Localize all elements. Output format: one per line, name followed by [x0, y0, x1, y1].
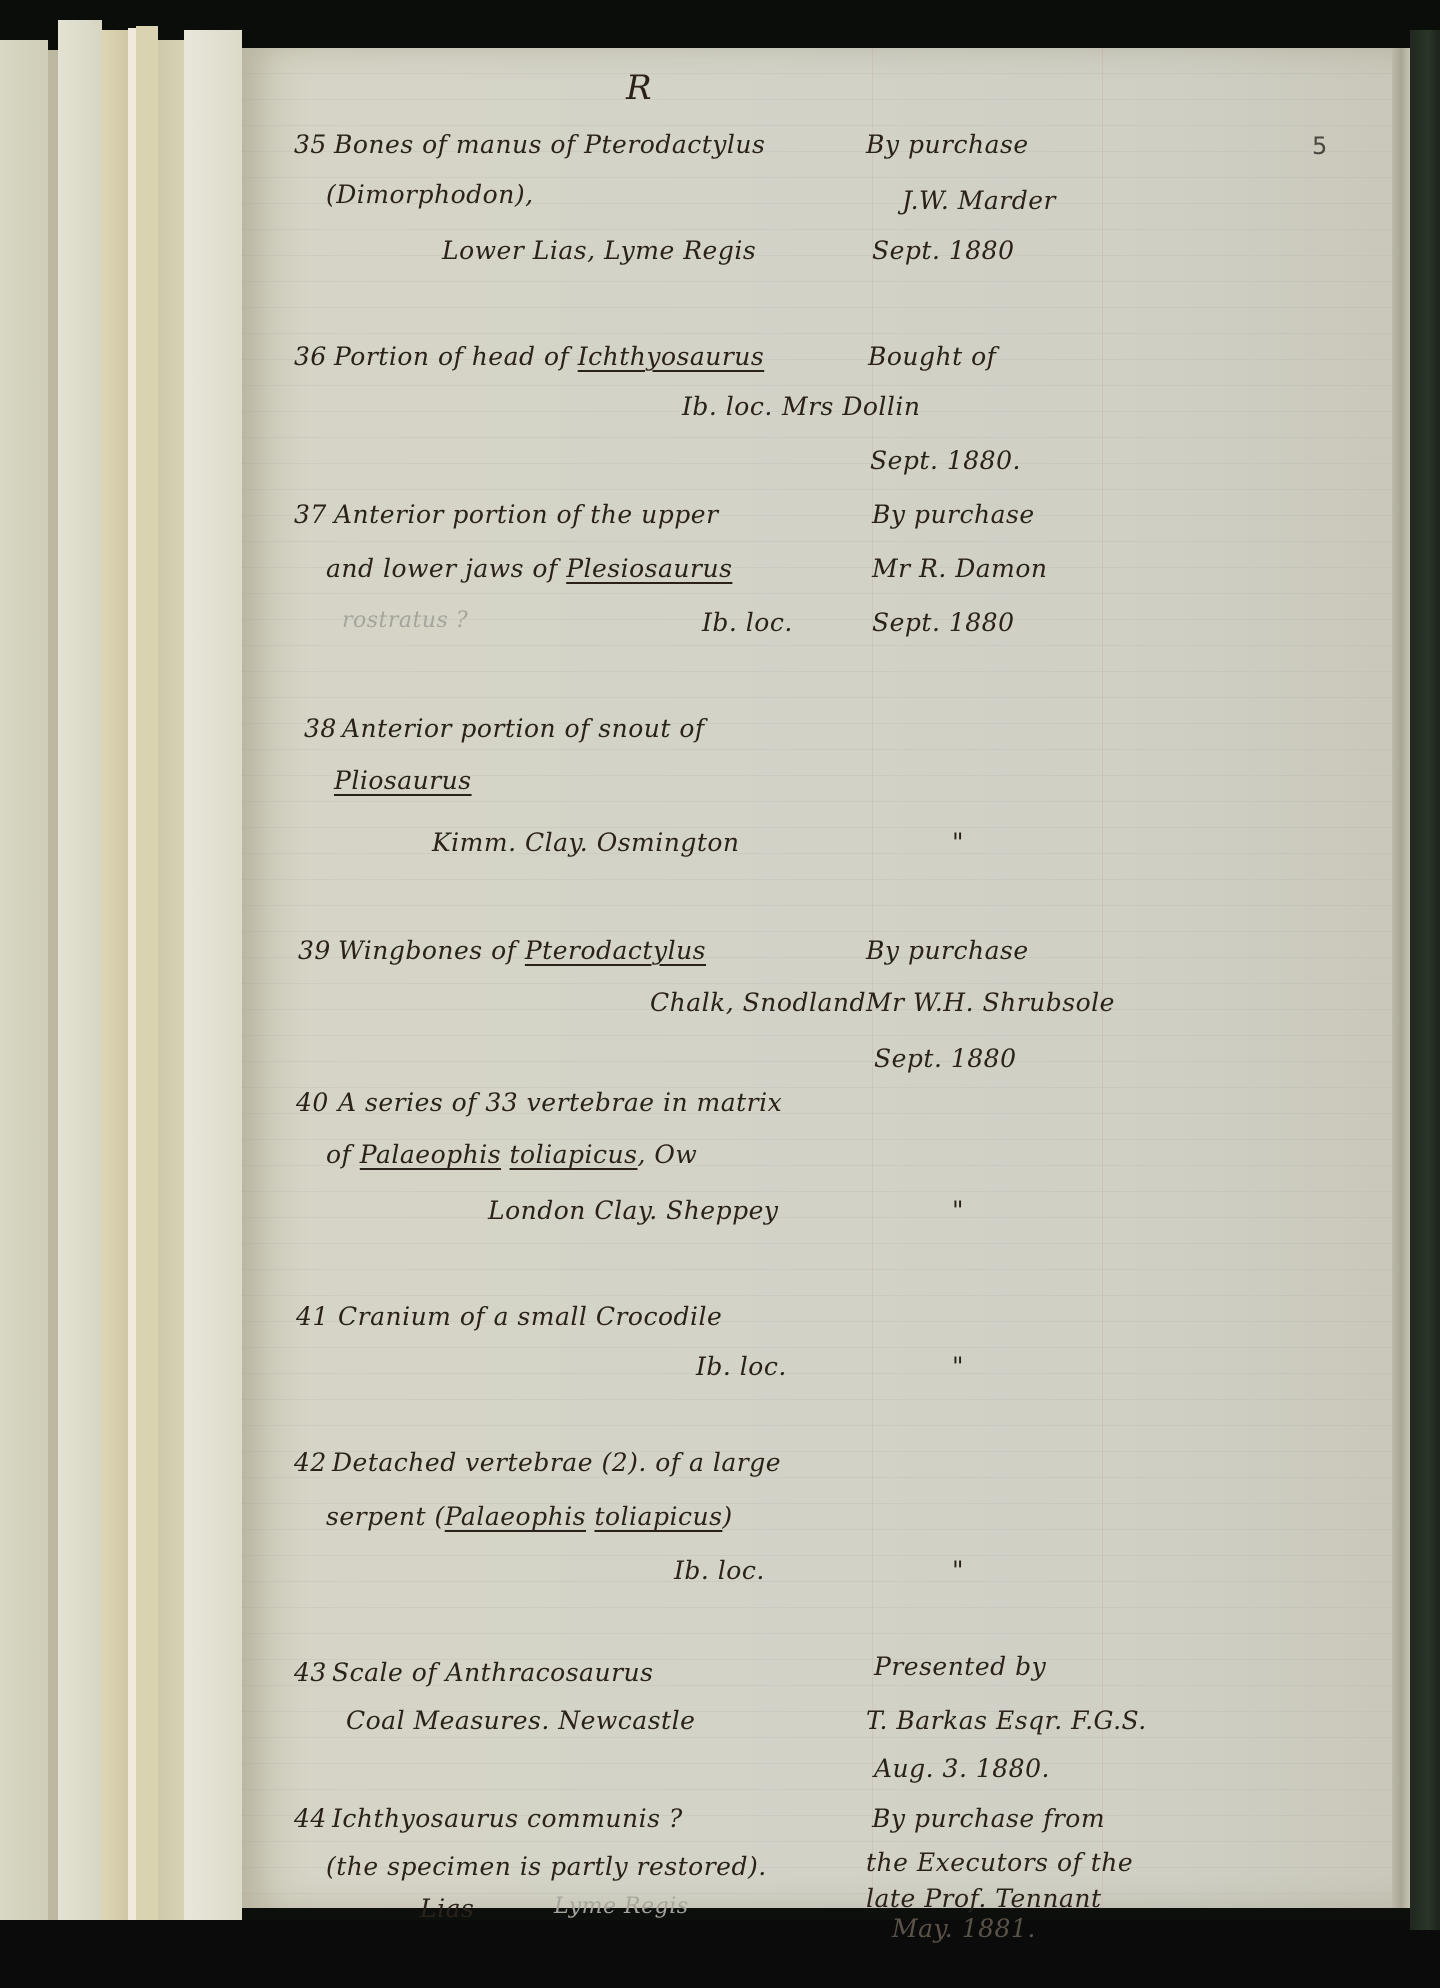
folio-number: 5 [1312, 132, 1327, 160]
entry-description: of Palaeophis toliapicus, Ow [326, 1140, 697, 1169]
pencil-note: rostratus ? [342, 608, 468, 633]
entry-acquisition: By purchase [866, 936, 1029, 965]
entry-date: Aug. 3. 1880. [874, 1754, 1050, 1783]
entry-locality: Ib. loc. [682, 392, 773, 421]
entry-acquisition: By purchase [866, 130, 1029, 159]
entry-acquisition: By purchase from [872, 1804, 1105, 1833]
entry-date: Sept. 1880 [874, 1044, 1017, 1073]
entry-locality: Lias [420, 1894, 474, 1923]
entry-acquisition: By purchase [872, 500, 1035, 529]
entry-date: Sept. 1880 [872, 608, 1015, 637]
entry-number: 39 [298, 936, 331, 965]
page-leaf [58, 20, 102, 1920]
entry-locality: London Clay. Sheppey [488, 1196, 779, 1225]
entry-date: Sept. 1880 [872, 236, 1015, 265]
entry-date: May. 1881. [892, 1914, 1036, 1943]
entry-number: 40 [296, 1088, 329, 1117]
entry-number: 36 [294, 342, 327, 371]
page-leaf [184, 30, 242, 1920]
ditto-mark: " [952, 1196, 964, 1225]
entry-acquisition: Bought of [868, 342, 996, 371]
entry-number: 38 [304, 714, 337, 743]
section-letter: R [626, 68, 652, 108]
page-leaf [136, 26, 158, 1920]
entry-source: Mrs Dollin [782, 392, 921, 421]
entry-description: Anterior portion of the upper [334, 500, 719, 529]
entry-description: Detached vertebrae (2). of a large [332, 1448, 781, 1477]
page-leaf [0, 40, 48, 1920]
entry-number: 43 [294, 1658, 327, 1687]
entry-description: Scale of Anthracosaurus [332, 1658, 653, 1687]
entry-description: Anterior portion of snout of [342, 714, 705, 743]
entry-number: 41 [296, 1302, 329, 1331]
entry-description: (Dimorphodon), [326, 180, 534, 209]
fanned-page-stack [0, 40, 250, 1920]
entry-source: Mr W.H. Shrubsole [866, 988, 1115, 1017]
column-rule [1102, 48, 1103, 1908]
entry-description: Cranium of a small Crocodile [338, 1302, 722, 1331]
entry-genus: Pliosaurus [334, 766, 472, 795]
entry-source: J.W. Marder [902, 186, 1056, 215]
entry-description: A series of 33 vertebrae in matrix [338, 1088, 782, 1117]
entry-description: serpent (Palaeophis toliapicus) [326, 1502, 733, 1531]
background-bottom [0, 1920, 1440, 1988]
entry-locality: Coal Measures. Newcastle [346, 1706, 695, 1735]
entry-description: and lower jaws of Plesiosaurus [326, 554, 732, 583]
entry-description: (the specimen is partly restored). [326, 1852, 767, 1881]
entry-source: Mr R. Damon [872, 554, 1048, 583]
page-leaf [128, 28, 136, 1920]
pencil-note: Lyme Regis [554, 1894, 689, 1919]
entry-locality: Chalk, Snodland [650, 988, 866, 1017]
entry-locality: Kimm. Clay. Osmington [432, 828, 740, 857]
entry-description: Bones of manus of Pterodactylus [334, 130, 765, 159]
entry-source: the Executors of the [866, 1848, 1133, 1877]
ledger-page: R 5 35 Bones of manus of Pterodactylus (… [242, 48, 1410, 1908]
page-leaf [102, 30, 128, 1920]
ditto-mark: " [952, 828, 964, 857]
ditto-mark: " [952, 1556, 964, 1585]
entry-locality: Ib. loc. [674, 1556, 765, 1585]
entry-date: Sept. 1880. [870, 446, 1021, 475]
entry-description: Wingbones of Pterodactylus [338, 936, 706, 965]
entry-locality: Ib. loc. [696, 1352, 787, 1381]
entry-number: 37 [294, 500, 327, 529]
entry-source: T. Barkas Esqr. F.G.S. [866, 1706, 1147, 1735]
entry-acquisition: Presented by [874, 1652, 1046, 1681]
entry-locality: Lower Lias, Lyme Regis [442, 236, 756, 265]
column-rule [872, 48, 873, 1908]
entry-source: late Prof. Tennant [866, 1884, 1102, 1913]
entry-number: 35 [294, 130, 327, 159]
entry-description: Ichthyosaurus communis ? [332, 1804, 683, 1833]
entry-number: 44 [294, 1804, 327, 1833]
entry-locality: Ib. loc. [702, 608, 793, 637]
ditto-mark: " [952, 1352, 964, 1381]
page-edges [1392, 48, 1410, 1908]
book-cover-edge [1410, 30, 1440, 1930]
ruled-lines [242, 48, 1392, 1908]
entry-description: Portion of head of Ichthyosaurus [334, 342, 764, 371]
entry-number: 42 [294, 1448, 327, 1477]
page-leaf [158, 40, 184, 1920]
page-leaf [48, 50, 58, 1920]
